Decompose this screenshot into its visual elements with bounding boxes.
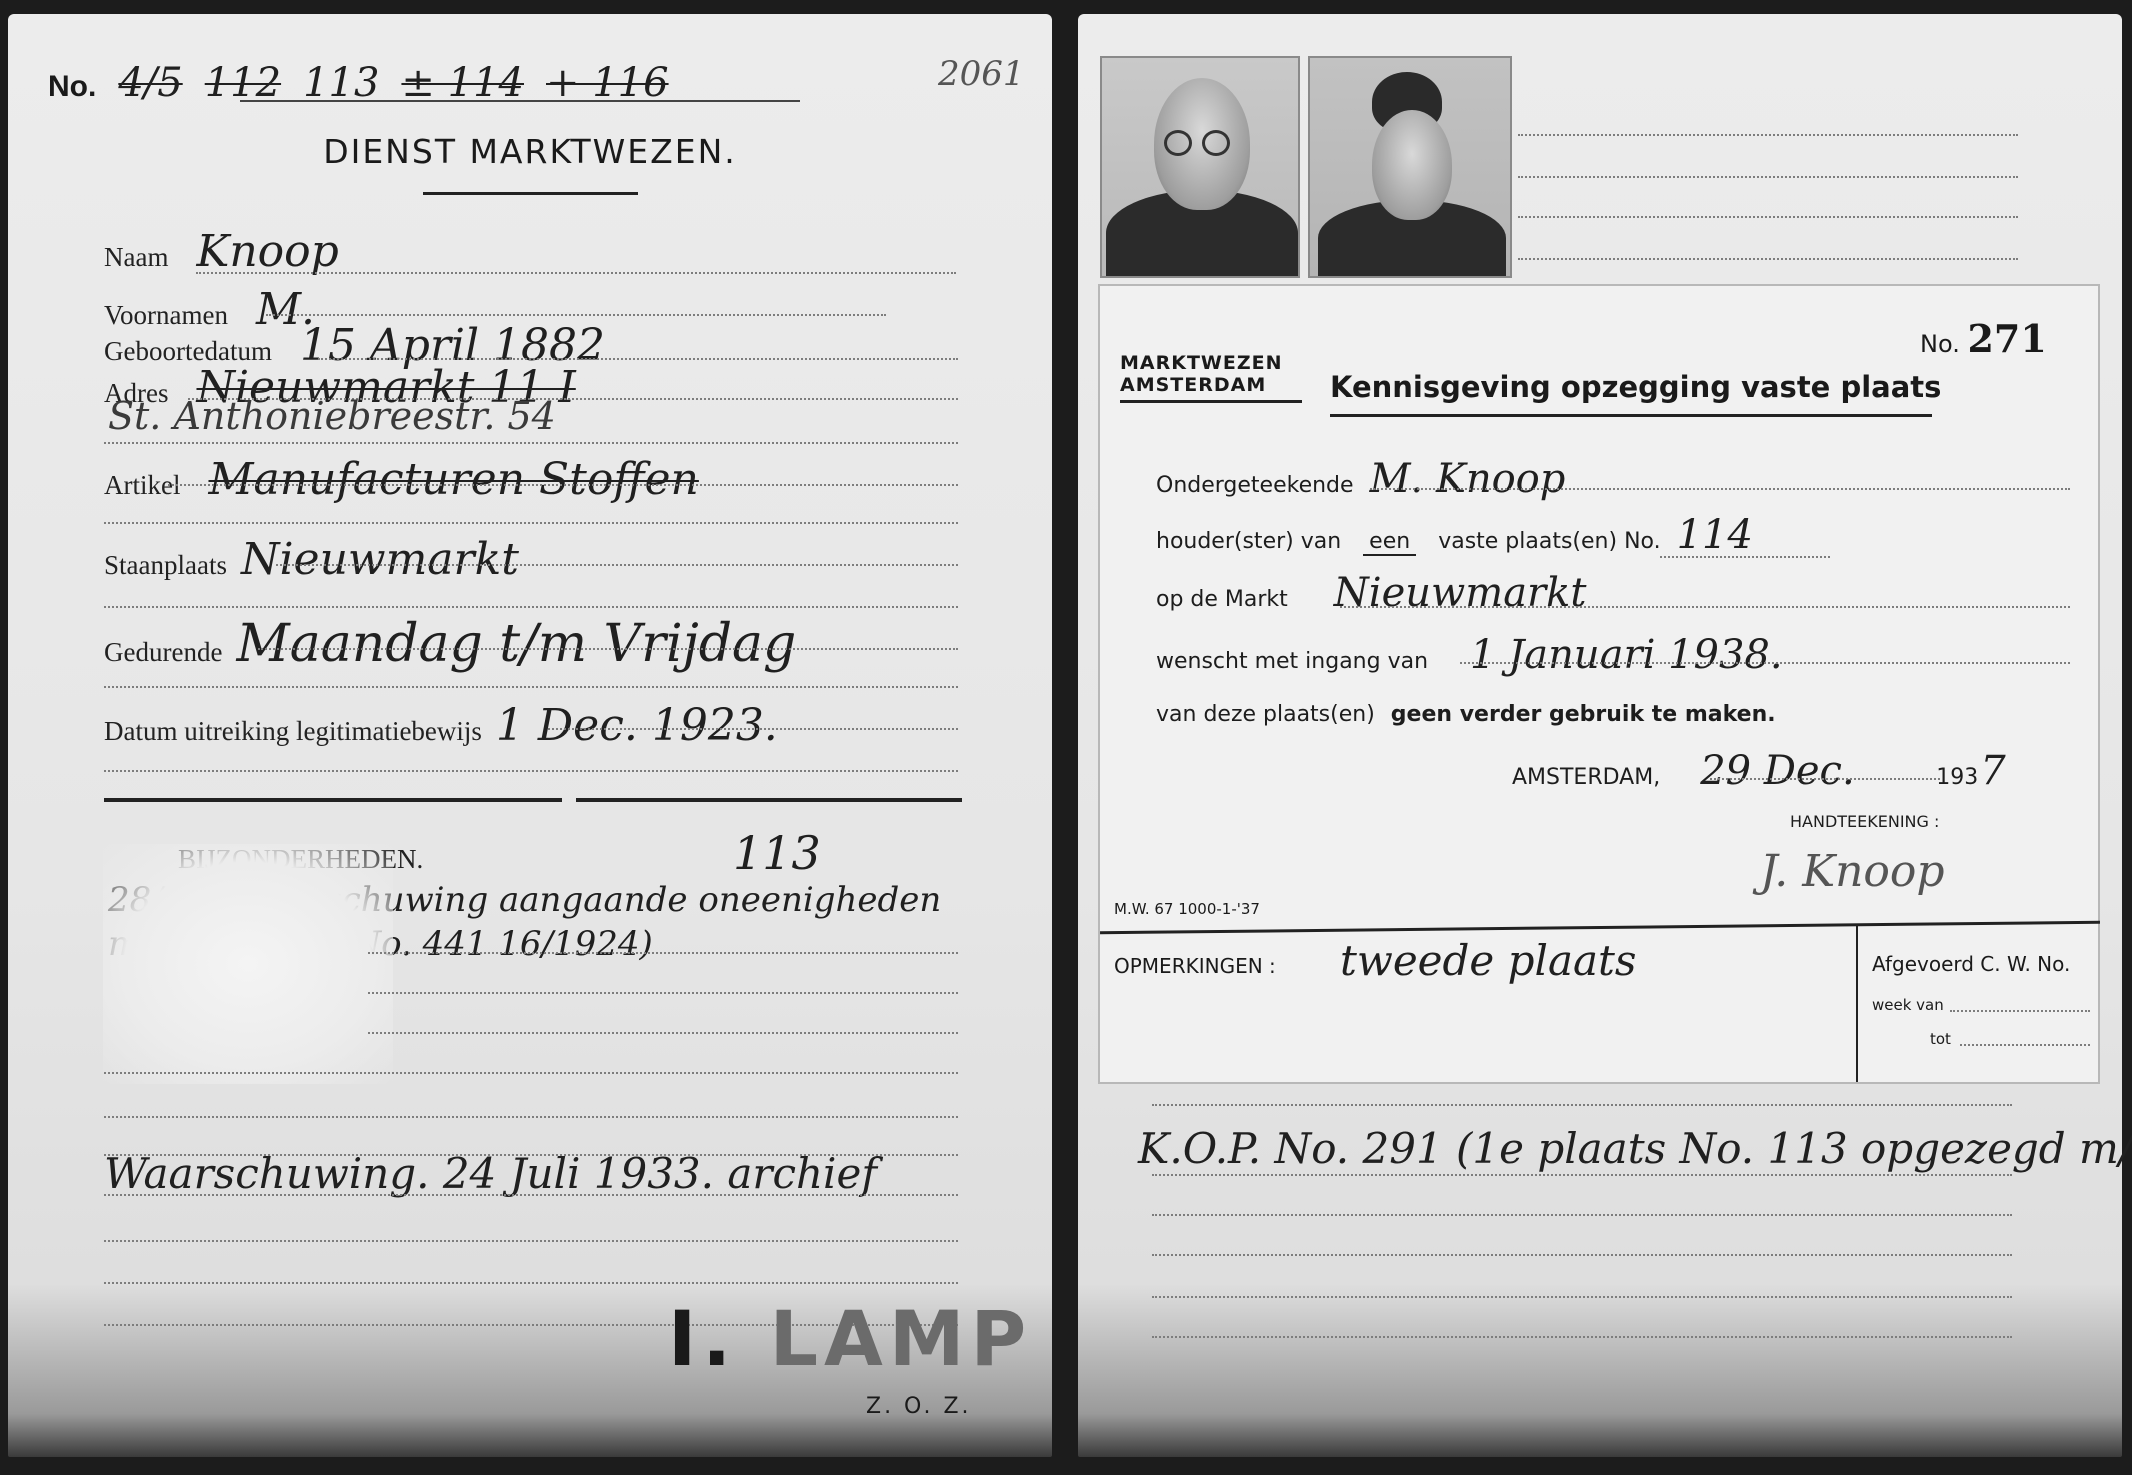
dotted-line <box>266 314 886 316</box>
field-staanplaats: Staanplaats Nieuwmarkt <box>104 534 964 585</box>
stamp-name: LAMP <box>770 1294 1033 1383</box>
row-label: Ondergeteekende <box>1156 473 1354 498</box>
glasses-icon <box>1164 130 1192 156</box>
field-gedurende: Gedurende Maandag t/m Vrijdag <box>104 614 964 674</box>
glasses-icon <box>1202 130 1230 156</box>
bijzonderheden-number: 113 <box>733 826 821 880</box>
form-org-line1: MARKTWEZEN <box>1120 352 1283 374</box>
section-rule-left <box>104 798 562 802</box>
dotted-line <box>1152 1214 2012 1216</box>
form-org-line2: AMSTERDAM <box>1120 374 1283 396</box>
row-markt: op de Markt Nieuwmarkt <box>1156 570 1586 616</box>
dotted-line <box>1152 1336 2012 1338</box>
form-title-rule <box>1330 414 1932 417</box>
left-page-card: No. 4/5 112 113 ± 114 + 116 2061 DIENST … <box>8 14 1052 1457</box>
place-label: AMSTERDAM, <box>1512 765 1660 790</box>
week-van-label: week van <box>1872 996 1944 1014</box>
opmerkingen-label: OPMERKINGEN : <box>1114 954 1276 978</box>
row-label: wenscht met ingang van <box>1156 649 1428 674</box>
dotted-line <box>368 1032 958 1034</box>
dotted-line <box>104 1116 958 1118</box>
closing-text-a: van deze plaats(en) <box>1156 702 1375 727</box>
field-artikel: Artikel Manufacturen Stoffen <box>104 454 964 505</box>
dotted-line <box>1518 176 2018 178</box>
row-label: vaste plaats(en) No. <box>1438 529 1660 554</box>
page-title: DIENST MARKTWEZEN. <box>8 132 1052 171</box>
form-number-label: No. <box>1920 330 1960 358</box>
opmerkingen-rule <box>1100 921 2100 934</box>
dotted-line <box>104 686 958 688</box>
struck-number-1: 4/5 <box>118 60 182 106</box>
field-value: 1 Dec. 1923. <box>496 700 778 751</box>
tot-label: tot <box>1930 1030 1951 1048</box>
page-footer-zoz: Z. O. Z. <box>866 1394 972 1419</box>
row-houder: houder(ster) van een vaste plaats(en) No… <box>1156 512 1753 558</box>
dotted-line <box>104 1194 958 1196</box>
form-number-value: 271 <box>1967 316 2046 361</box>
dotted-line <box>1518 216 2018 218</box>
dotted-line <box>1710 778 1940 780</box>
closing-text-b: geen verder gebruik te maken. <box>1391 702 1776 727</box>
form-org: MARKTWEZEN AMSTERDAM <box>1120 352 1283 396</box>
opzegging-form: MARKTWEZEN AMSTERDAM Kennisgeving opzegg… <box>1098 284 2100 1084</box>
dotted-line <box>1152 1104 2012 1106</box>
dotted-line <box>1660 556 1830 558</box>
field-value: Maandag t/m Vrijdag <box>236 614 796 674</box>
field-value-struck: Manufacturen Stoffen <box>208 454 698 505</box>
photo-head <box>1372 110 1452 220</box>
een-fraction: een <box>1363 530 1416 556</box>
dotted-line <box>548 728 958 730</box>
dotted-line <box>104 1282 958 1284</box>
form-title: Kennisgeving opzegging vaste plaats <box>1330 370 1941 404</box>
date-value: 29 Dec. <box>1700 748 1920 794</box>
faded-stamp-area <box>103 844 393 1084</box>
field-value: Knoop <box>196 226 338 277</box>
dotted-line <box>1152 1254 2012 1256</box>
row-value: M. Knoop <box>1370 456 1566 502</box>
dotted-line <box>1152 1296 2012 1298</box>
dotted-line <box>368 952 958 954</box>
row-date: AMSTERDAM, 29 Dec. 1937 <box>1512 748 2006 794</box>
dotted-line <box>1370 488 2070 490</box>
kop-note: K.O.P. No. 291 (1e plaats No. 113 opgeze… <box>1138 1124 2132 1173</box>
form-number: No. 271 <box>1920 316 2047 361</box>
archive-reference: 2061 <box>938 54 1025 94</box>
field-adres-new: St. Anthoniebreestr. 54 <box>108 394 968 438</box>
row-ingang: wenscht met ingang van 1 Januari 1938. <box>1156 632 1783 678</box>
section-rule-right <box>576 798 962 802</box>
afgevoerd-divider <box>1856 926 1858 1082</box>
dotted-line <box>1960 1044 2090 1046</box>
opmerkingen-value: tweede plaats <box>1340 936 1636 985</box>
dotted-line <box>1518 258 2018 260</box>
right-page-card: MARKTWEZEN AMSTERDAM Kennisgeving opzegg… <box>1078 14 2122 1457</box>
field-label: Gedurende <box>104 637 222 668</box>
row-closing: van deze plaats(en) geen verder gebruik … <box>1156 702 1776 727</box>
field-label: Staanplaats <box>104 550 227 581</box>
dotted-line <box>318 358 958 360</box>
row-value: Nieuwmarkt <box>1334 570 1587 616</box>
title-rule <box>423 192 638 195</box>
dotted-line <box>276 564 958 566</box>
org-rule <box>1120 400 1302 403</box>
field-value: Nieuwmarkt <box>241 534 519 585</box>
number-underline <box>240 100 800 102</box>
dotted-line <box>1340 606 2070 608</box>
dotted-line <box>104 770 958 772</box>
dotted-line <box>1950 1010 2090 1012</box>
dotted-line <box>1152 1174 2012 1176</box>
dotted-line <box>104 522 958 524</box>
row-label: houder(ster) van <box>1156 529 1341 554</box>
year-suffix: 7 <box>1980 748 2005 794</box>
field-naam: Naam Knoop <box>104 226 964 277</box>
stamp-initial: I. <box>668 1294 737 1383</box>
photo-man <box>1100 56 1300 278</box>
number-label: No. <box>48 70 96 104</box>
inspector-stamp: I. LAMP <box>668 1294 1032 1383</box>
afgevoerd-label: Afgevoerd C. W. No. <box>1872 952 2070 976</box>
field-value: St. Anthoniebreestr. 54 <box>108 394 556 438</box>
field-label: Naam <box>104 242 168 273</box>
signature-label: HANDTEEKENING : <box>1790 812 1939 831</box>
signature-value: J. Knoop <box>1760 846 1945 897</box>
row-value: 114 <box>1677 512 1753 558</box>
een-value: een <box>1363 530 1416 556</box>
waarschuwing-note: Waarschuwing. 24 Juli 1933. archief <box>104 1149 877 1198</box>
row-label: op de Markt <box>1156 587 1288 612</box>
field-label: Datum uitreiking legitimatiebewijs <box>104 716 482 747</box>
dotted-line <box>258 648 958 650</box>
row-value: 1 Januari 1938. <box>1470 632 1783 678</box>
dotted-line <box>104 606 958 608</box>
photo-woman <box>1308 56 1512 278</box>
dotted-line <box>104 1240 958 1242</box>
dotted-line <box>104 1072 958 1074</box>
row-ondergeteekende: Ondergeteekende M. Knoop <box>1156 456 1565 502</box>
dotted-line <box>368 992 958 994</box>
dotted-line <box>168 484 958 486</box>
field-datum-uitreiking: Datum uitreiking legitimatiebewijs 1 Dec… <box>104 700 964 751</box>
form-code: M.W. 67 1000-1-'37 <box>1114 900 1260 918</box>
dotted-line <box>1518 134 2018 136</box>
dotted-line <box>104 442 958 444</box>
year-prefix: 193 <box>1936 765 1978 790</box>
dotted-line <box>1460 662 2070 664</box>
dotted-line <box>196 272 956 274</box>
